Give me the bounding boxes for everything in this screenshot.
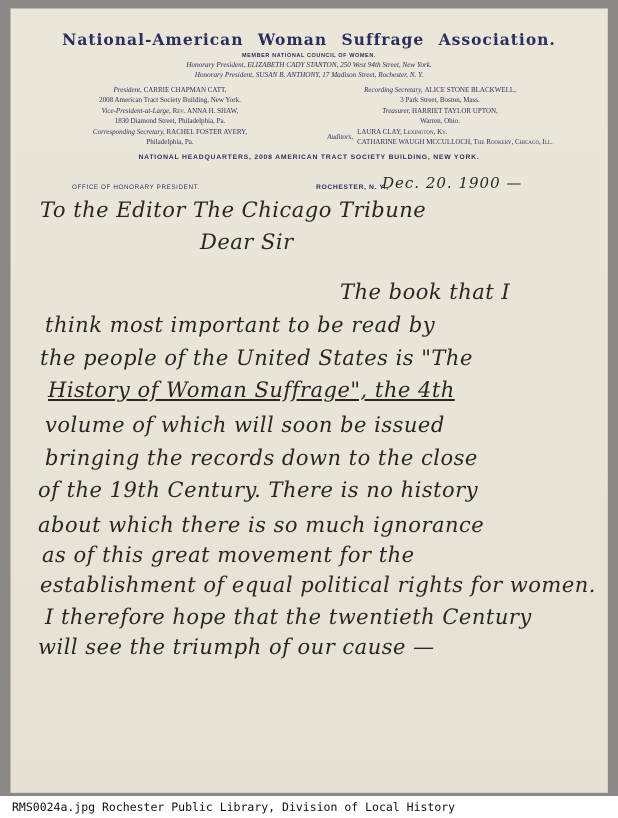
headquarters-line: NATIONAL HEADQUARTERS, 2008 AMERICAN TRA… [10, 154, 608, 161]
letter-line: the people of the United States is "The [40, 346, 473, 370]
officer-corresponding-secretary: Corresponding Secretary, RACHEL FOSTER A… [50, 128, 290, 147]
letter-line: bringing the records down to the close [45, 446, 478, 470]
place-label: ROCHESTER, N. Y., [316, 184, 389, 191]
letter-line-closing: will see the triumph of our cause — [38, 635, 435, 659]
letter-line: establishment of equal political rights … [40, 573, 596, 597]
honorary-president-1: Honorary President, ELIZABETH CADY STANT… [10, 61, 608, 69]
officers-right: Recording Secretary, ALICE STONE BLACKWE… [310, 86, 570, 149]
auditors: Auditors, LAURA CLAY, Lexington, Ky. CAT… [310, 128, 570, 147]
letter-line: I therefore hope that the twentieth Cent… [45, 605, 532, 629]
letter-line: The book that I [340, 280, 510, 304]
officer-vice-president: Vice-President-at-Large, Rev. ANNA H. SH… [50, 107, 290, 126]
handwritten-date: Dec. 20. 1900 — [382, 174, 522, 192]
member-line: MEMBER NATIONAL COUNCIL OF WOMEN. [10, 53, 608, 59]
letter-line: about which there is so much ignorance [38, 513, 484, 537]
salutation-addressee: To the Editor The Chicago Tribune [40, 198, 426, 222]
salutation: Dear Sir [200, 230, 294, 254]
officers-left: President, CARRIE CHAPMAN CATT, 2008 Ame… [50, 86, 290, 149]
image-caption: RMS0024a.jpg Rochester Public Library, D… [12, 800, 455, 814]
letter-line-book-title: History of Woman Suffrage", the 4th [48, 378, 455, 402]
honorary-president-2: Honorary President, SUSAN B. ANTHONY, 17… [10, 71, 608, 79]
letter-page: National-American Woman Suffrage Associa… [10, 8, 608, 793]
letter-line: of the 19th Century. There is no history [38, 478, 478, 502]
officer-treasurer: Treasurer, HARRIET TAYLOR UPTON, Warren,… [310, 107, 570, 126]
office-label: OFFICE OF HONORARY PRESIDENT. [72, 184, 200, 191]
letter-line: volume of which will soon be issued [45, 413, 445, 437]
officer-president: President, CARRIE CHAPMAN CATT, 2008 Ame… [50, 86, 290, 105]
letter-line: as of this great movement for the [42, 543, 415, 567]
officer-recording-secretary: Recording Secretary, ALICE STONE BLACKWE… [310, 86, 570, 105]
letter-line: think most important to be read by [45, 313, 435, 337]
association-title: National-American Woman Suffrage Associa… [10, 30, 608, 49]
